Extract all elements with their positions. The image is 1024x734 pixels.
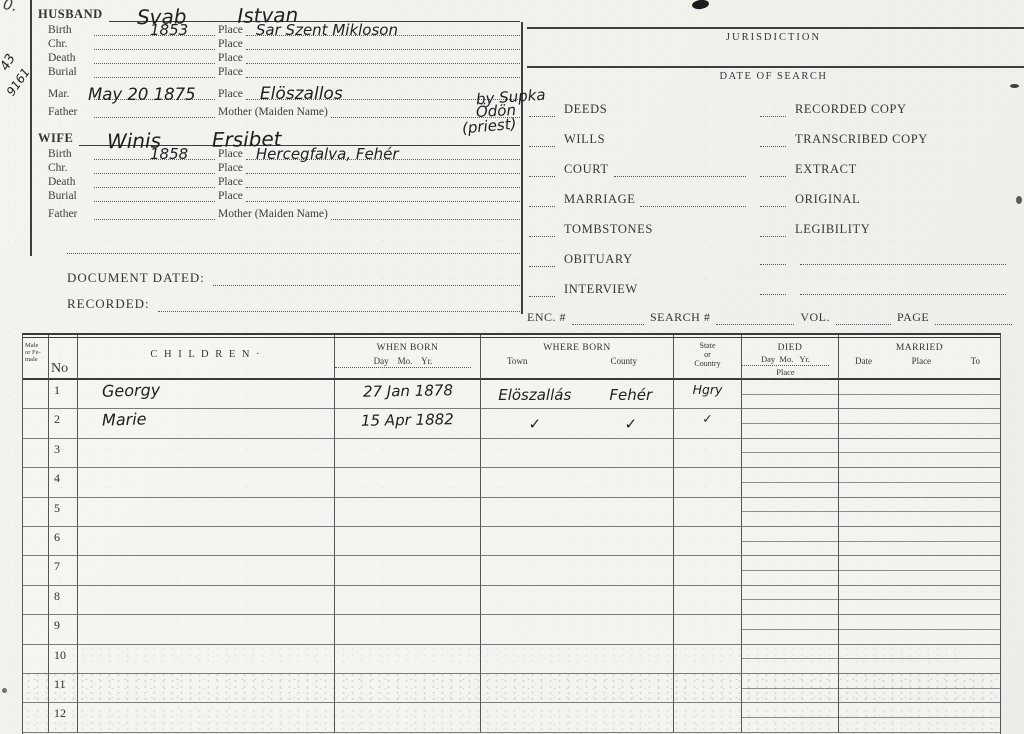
dotted-checkbox-line [760, 165, 786, 177]
state-header-line: Country [674, 359, 741, 368]
search-item-label: MARRIAGE [564, 192, 635, 207]
child-row-number: 5 [49, 498, 78, 527]
child-row-name [78, 615, 335, 644]
child-row-where-born [481, 498, 674, 527]
wife-field-father: FatherMother (Maiden Name) [30, 202, 520, 220]
child-row-married [839, 409, 1000, 438]
page-label: PAGE [897, 310, 929, 325]
child-row-name [78, 586, 335, 615]
child-row-married [839, 439, 1000, 468]
search-item-label: EXTRACT [795, 162, 857, 177]
where-born-sub: TownCounty [481, 356, 673, 366]
field-label: Father [30, 106, 94, 118]
field-label: Death [30, 176, 94, 188]
jurisdiction-label: JURISDICTION [523, 32, 1024, 43]
child-row-sex-cell [23, 615, 49, 644]
child-row-died [742, 674, 839, 703]
child-row-married [839, 586, 1000, 615]
child-row-died [742, 409, 839, 438]
child-row-sex-cell [23, 380, 49, 409]
dotted-checkbox-line [760, 135, 786, 147]
search-item-obituary: OBITUARY [523, 252, 760, 267]
child-row-where-born [481, 645, 674, 674]
child-county-handwritten: ✓ [589, 417, 673, 432]
col-header-children: C H I L D R E N · [78, 335, 335, 379]
ink-smudge [2, 688, 7, 693]
child-row-where-born [481, 527, 674, 556]
state-header-line: or [674, 350, 741, 359]
child-row-married [839, 498, 1000, 527]
search-item-extract: EXTRACT [760, 162, 1024, 177]
died-sub-line: Day Mo. Yr. [742, 354, 829, 366]
field-label-2: Place [215, 52, 246, 64]
ink-smudge [691, 0, 709, 10]
field-label: Father [30, 208, 94, 220]
child-row-name [78, 556, 335, 585]
child-born-handwritten: 27 Jan 1878 [362, 383, 452, 400]
field-label: Death [30, 52, 94, 64]
dotted-checkbox-line [529, 165, 555, 177]
field-label-2: Place [215, 148, 246, 160]
field-dotted-line [94, 38, 215, 50]
children-header-label: C H I L D R E N · [78, 349, 334, 360]
where-born-sub-label: Town [507, 356, 527, 366]
child-row-sex-cell [23, 468, 49, 497]
search-item-blank-line [760, 253, 1024, 265]
field-dotted-line-2: Elöszallosby Supka [246, 88, 520, 100]
dotted-trail-line [640, 195, 746, 207]
jurisdiction-bottom-line [527, 66, 1024, 68]
child-row-died [742, 703, 839, 732]
child-row-where-born: ElöszallásFehér [481, 380, 674, 409]
child-row-when-born: 15 Apr 1882 [335, 409, 481, 438]
margin-note-left-top: 43 [0, 52, 18, 73]
child-row-sex-cell [23, 409, 49, 438]
children-table-body: 1Georgy27 Jan 1878ElöszallásFehérHgry2Ma… [23, 380, 1000, 733]
wife-section-label: WIFE [30, 131, 79, 146]
search-item-label: TRANSCRIBED COPY [795, 132, 928, 147]
child-row-where-born [481, 468, 674, 497]
search-number-label: SEARCH # [650, 310, 710, 325]
child-born-handwritten: 15 Apr 1882 [361, 413, 454, 430]
married-title: MARRIED [839, 343, 1000, 353]
died-sub-line: Place [742, 367, 829, 379]
child-row-name [78, 439, 335, 468]
child-row-died [742, 380, 839, 409]
field-dotted-line-2: Sar Szent Mikloson [246, 24, 520, 36]
field-label: Birth [30, 24, 94, 36]
child-row-died [742, 468, 839, 497]
col-header-where-born: WHERE BORNTownCounty [481, 335, 674, 379]
child-row-where-born [481, 674, 674, 703]
vol-dotted-line [836, 314, 891, 325]
child-row-name [78, 703, 335, 732]
dotted-checkbox-line [760, 253, 786, 265]
search-row: INTERVIEW [523, 274, 1024, 304]
child-row-married [839, 703, 1000, 732]
child-row-where-born: ✓✓ [481, 409, 674, 438]
col-header-married: MARRIEDDatePlaceTo [839, 335, 1000, 379]
col-header-state: StateorCountry [674, 335, 742, 379]
no-header-label: No [51, 361, 68, 377]
field-label-2: Place [215, 66, 246, 78]
search-item-label: ORIGINAL [795, 192, 860, 207]
search-row: MARRIAGEORIGINAL [523, 184, 1024, 214]
child-row-sex-cell [23, 498, 49, 527]
child-row-state [674, 703, 742, 732]
wife-field-death: DeathPlace [30, 174, 520, 188]
search-row: OBITUARY [523, 244, 1024, 274]
child-row-state: Hgry [674, 380, 742, 409]
child-row-when-born [335, 615, 481, 644]
field-dotted-line [94, 176, 215, 188]
child-name-handwritten: Marie [102, 412, 147, 429]
dotted-checkbox-line [529, 285, 555, 297]
child-row-sex-cell [23, 527, 49, 556]
recorded-dotted-line [158, 300, 520, 312]
husband-name-row: HUSBAND Svab Istvan [30, 0, 520, 22]
husband-wife-form: HUSBAND Svab Istvan Birth1853PlaceSar Sz… [30, 0, 520, 322]
wife-field-birth: Birth1858PlaceHercegfalva, Fehér [30, 146, 520, 160]
col-header-died: DIEDDay Mo. Yr.Place [742, 335, 839, 379]
child-row-sex-cell [23, 645, 49, 674]
child-row-number: 10 [49, 645, 78, 674]
search-item-label: WILLS [564, 132, 605, 147]
search-row: WILLSTRANSCRIBED COPY [523, 124, 1024, 154]
field-dotted-line [94, 162, 215, 174]
husband-field-burial: BurialPlace [30, 64, 520, 78]
dotted-checkbox-line [760, 105, 786, 117]
child-row-when-born [335, 586, 481, 615]
field-dotted-line: 1858 [94, 148, 215, 160]
sex-header-line: male [23, 356, 48, 363]
col-header-sex: Maleor Fe-male [23, 335, 49, 379]
child-row-state [674, 674, 742, 703]
child-row-died [742, 527, 839, 556]
child-row-died [742, 556, 839, 585]
husband-field-father: FatherMother (Maiden Name) [30, 100, 520, 118]
child-row-number: 6 [49, 527, 78, 556]
field-dotted-line: 1853 [94, 24, 215, 36]
state-header-line: State [674, 341, 741, 350]
col-header-when-born: WHEN BORNDay Mo. Yr. [335, 335, 481, 379]
wife-fields: Birth1858PlaceHercegfalva, FehérChr.Plac… [30, 146, 520, 220]
col-header-no: No [49, 335, 78, 379]
child-row-where-born [481, 439, 674, 468]
married-sub-label: To [971, 356, 980, 366]
children-table: Maleor Fe-maleNoC H I L D R E N ·WHEN BO… [22, 333, 1001, 734]
child-row-state [674, 586, 742, 615]
document-dated-dotted-line [213, 274, 520, 286]
where-born-sub-label: County [610, 356, 637, 366]
search-item-transcribed-copy: TRANSCRIBED COPY [760, 132, 1024, 147]
search-item-label: TOMBSTONES [564, 222, 653, 237]
child-row-married [839, 645, 1000, 674]
search-item-label: OBITUARY [564, 252, 633, 267]
child-row-name [78, 645, 335, 674]
child-row-where-born [481, 615, 674, 644]
husband-name-line: Svab Istvan [109, 0, 520, 22]
child-row-sex-cell [23, 674, 49, 703]
dotted-checkbox-line [760, 283, 786, 295]
child-row-state [674, 439, 742, 468]
child-town-handwritten: ✓ [481, 417, 589, 432]
when-born-sub: Day Mo. Yr. [335, 356, 471, 368]
search-row: TOMBSTONESLEGIBILITY [523, 214, 1024, 244]
child-row-number: 4 [49, 468, 78, 497]
dotted-checkbox-line [529, 255, 555, 267]
husband-section-label: HUSBAND [30, 7, 109, 22]
child-row-where-born [481, 703, 674, 732]
child-county-handwritten: Fehér [589, 388, 673, 403]
search-number-dotted-line [716, 314, 794, 325]
field-label-2: Place [215, 176, 246, 188]
child-row-state [674, 645, 742, 674]
wife-name-row: WIFE Winis Ersibet [30, 124, 520, 146]
child-row-when-born: 27 Jan 1878 [335, 380, 481, 409]
child-row-married [839, 468, 1000, 497]
wife-field-burial: BurialPlace [30, 188, 520, 202]
child-row-married [839, 615, 1000, 644]
child-row-state [674, 615, 742, 644]
enc-dotted-line [572, 314, 644, 325]
husband-field-chr: Chr.Place [30, 36, 520, 50]
sex-header-line: or Fe- [23, 349, 48, 356]
field-dotted-line-2 [246, 66, 520, 78]
married-sub-label: Date [855, 356, 872, 366]
scanned-family-group-record-sheet: 0. 43 9161 HUSBAND Svab Istvan Birth1853… [0, 0, 1024, 734]
blank-dotted-line [67, 246, 520, 254]
husband-fields: Birth1853PlaceSar Szent MiklosonChr.Plac… [30, 22, 520, 118]
field-dotted-line-2 [246, 176, 520, 188]
field-dotted-line-2 [246, 52, 520, 64]
field-label-2: Place [215, 38, 246, 50]
dotted-checkbox-line [529, 105, 555, 117]
child-row-married [839, 556, 1000, 585]
field-label-2: Place [215, 162, 246, 174]
child-row-number: 3 [49, 439, 78, 468]
child-state-handwritten: Hgry [693, 384, 723, 397]
child-row-name [78, 674, 335, 703]
child-row-name [78, 468, 335, 497]
search-item-court: COURT [523, 162, 760, 177]
document-dated-label: DOCUMENT DATED: [67, 270, 205, 286]
field-dotted-line [94, 208, 215, 220]
child-row-when-born [335, 498, 481, 527]
married-sub-label: Place [912, 356, 932, 366]
field-label: Burial [30, 190, 94, 202]
search-item-label: LEGIBILITY [795, 222, 870, 237]
child-row-died [742, 645, 839, 674]
child-row-where-born [481, 586, 674, 615]
child-row-died [742, 498, 839, 527]
enc-label: ENC. # [527, 310, 566, 325]
child-row-number: 11 [49, 674, 78, 703]
jurisdiction-top-line [527, 27, 1024, 29]
field-label-2: Place [215, 190, 246, 202]
child-row-sex-cell [23, 556, 49, 585]
child-name-handwritten: Georgy [102, 382, 161, 400]
child-row-state [674, 498, 742, 527]
field-dotted-line-2 [246, 190, 520, 202]
search-item-deeds: DEEDS [523, 102, 760, 117]
child-row-married [839, 674, 1000, 703]
search-item-label: INTERVIEW [564, 282, 638, 297]
search-row: COURTEXTRACT [523, 154, 1024, 184]
field-dotted-line [94, 52, 215, 64]
field-label-2: Place [215, 88, 246, 100]
child-state-handwritten: ✓ [702, 413, 712, 426]
dotted-trail-line [614, 165, 746, 177]
where-born-title: WHERE BORN [481, 343, 673, 353]
field-dotted-line-2: Hercegfalva, Fehér [246, 148, 520, 160]
child-row-sex-cell [23, 439, 49, 468]
ink-smudge [1010, 84, 1019, 88]
search-item-recorded-copy: RECORDED COPY [760, 102, 1024, 117]
child-row-when-born [335, 645, 481, 674]
document-dated-row: DOCUMENT DATED: [67, 266, 520, 286]
child-row-died [742, 615, 839, 644]
sex-header-line: Male [23, 342, 48, 349]
dotted-checkbox-line [529, 195, 555, 207]
child-row-when-born [335, 468, 481, 497]
search-item-tombstones: TOMBSTONES [523, 222, 760, 237]
child-row-when-born [335, 703, 481, 732]
search-row: DEEDSRECORDED COPY [523, 94, 1024, 124]
dotted-trail-line [800, 253, 1006, 265]
search-item-interview: INTERVIEW [523, 282, 760, 297]
child-row-number: 12 [49, 703, 78, 732]
field-label-2: Place [215, 24, 246, 36]
recorded-label: RECORDED: [67, 296, 150, 312]
child-row-married [839, 527, 1000, 556]
search-item-label: COURT [564, 162, 609, 177]
child-row-where-born [481, 556, 674, 585]
husband-field-death: DeathPlace [30, 50, 520, 64]
dotted-checkbox-line [760, 225, 786, 237]
field-label: Mar. [30, 88, 94, 100]
field-dotted-line [94, 190, 215, 202]
wife-field-chr: Chr.Place [30, 160, 520, 174]
child-row-number: 1 [49, 380, 78, 409]
child-row-name: Marie [78, 409, 335, 438]
child-row-number: 2 [49, 409, 78, 438]
children-table-header: Maleor Fe-maleNoC H I L D R E N ·WHEN BO… [23, 335, 1000, 380]
search-item-marriage: MARRIAGE [523, 192, 760, 207]
search-item-wills: WILLS [523, 132, 760, 147]
field-dotted-line [94, 106, 215, 118]
child-row-name [78, 498, 335, 527]
field-dotted-line-2 [331, 208, 520, 220]
field-dotted-line-2 [246, 38, 520, 50]
child-row-number: 8 [49, 586, 78, 615]
child-row-when-born [335, 439, 481, 468]
date-of-search-label: DATE OF SEARCH [523, 71, 1024, 82]
dotted-checkbox-line [529, 135, 555, 147]
field-dotted-line: May 20 1875 [94, 88, 215, 100]
page-dotted-line [935, 314, 1012, 325]
search-item-blank-line [760, 283, 1024, 295]
search-item-legibility: LEGIBILITY [760, 222, 1024, 237]
field-dotted-line [94, 66, 215, 78]
child-row-number: 9 [49, 615, 78, 644]
married-sub: DatePlaceTo [839, 356, 1000, 366]
child-row-state [674, 556, 742, 585]
recorded-row: RECORDED: [67, 292, 520, 312]
child-row-name: Georgy [78, 380, 335, 409]
enc-search-vol-page-row: ENC. # SEARCH # VOL. PAGE [527, 309, 1018, 325]
field-label-2: Mother (Maiden Name) [215, 208, 331, 220]
child-row-sex-cell [23, 703, 49, 732]
vol-label: VOL. [800, 310, 830, 325]
child-row-state [674, 468, 742, 497]
field-dotted-line-2 [246, 162, 520, 174]
child-row-when-born [335, 527, 481, 556]
child-row-died [742, 439, 839, 468]
child-row-state: ✓ [674, 409, 742, 438]
child-row-married [839, 380, 1000, 409]
child-row-state [674, 527, 742, 556]
child-row-died [742, 586, 839, 615]
husband-field-mar: Mar.May 20 1875PlaceElöszallosby Supka [30, 78, 520, 100]
search-item-label: RECORDED COPY [795, 102, 907, 117]
search-item-label: DEEDS [564, 102, 607, 117]
died-title: DIED [742, 343, 838, 353]
search-record-panel: JURISDICTION DATE OF SEARCH DEEDSRECORDE… [523, 20, 1024, 338]
search-item-original: ORIGINAL [760, 192, 1024, 207]
margin-note-corner: 0. [2, 0, 19, 14]
field-label: Chr. [30, 38, 94, 50]
child-row-number: 7 [49, 556, 78, 585]
ink-smudge [1016, 196, 1022, 204]
child-row-sex-cell [23, 586, 49, 615]
field-label: Burial [30, 66, 94, 78]
child-row-when-born [335, 674, 481, 703]
dotted-trail-line [800, 283, 1006, 295]
field-label: Chr. [30, 162, 94, 174]
dotted-checkbox-line [760, 195, 786, 207]
child-row-when-born [335, 556, 481, 585]
search-type-list: DEEDSRECORDED COPYWILLSTRANSCRIBED COPYC… [523, 94, 1024, 304]
wife-name-line: Winis Ersibet [79, 124, 520, 146]
when-born-title: WHEN BORN [335, 343, 480, 353]
field-label-2: Mother (Maiden Name) [215, 106, 331, 118]
field-label: Birth [30, 148, 94, 160]
husband-field-birth: Birth1853PlaceSar Szent Mikloson [30, 22, 520, 36]
dotted-checkbox-line [529, 225, 555, 237]
child-town-handwritten: Elöszallás [481, 388, 589, 403]
child-row-name [78, 527, 335, 556]
